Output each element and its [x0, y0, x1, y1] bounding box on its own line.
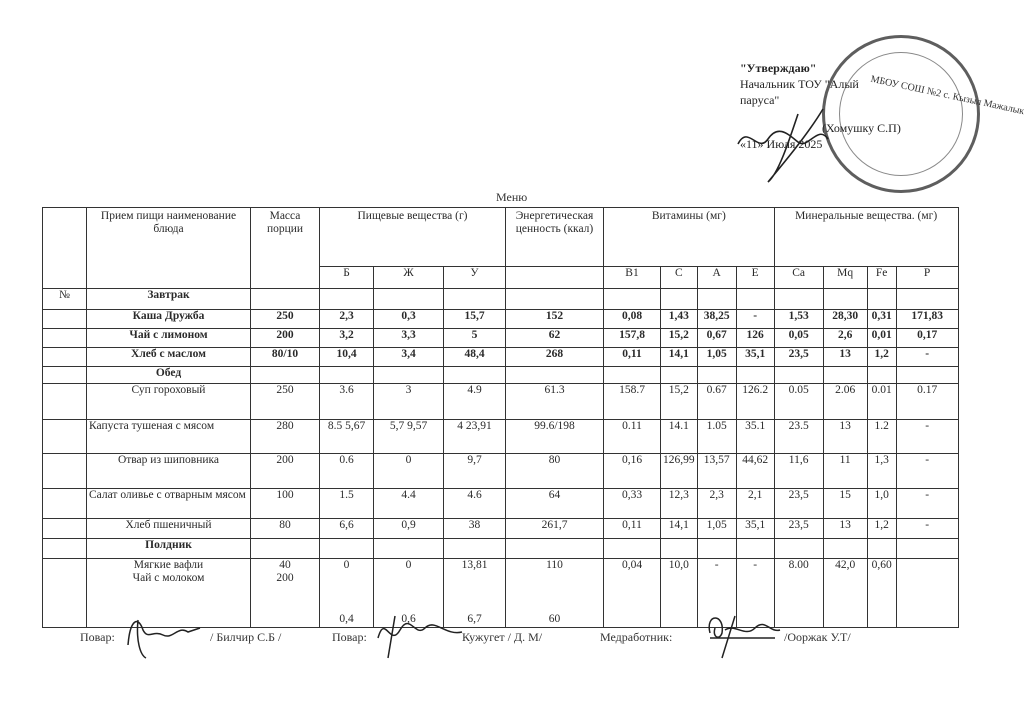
cook1-name: / Билчир С.Б /: [210, 630, 281, 645]
value-cell-p: -: [896, 519, 958, 539]
medic-name: /Ооржак У.Т/: [784, 630, 851, 645]
cell-value: 4.4: [376, 489, 441, 502]
cell-value: 6,6: [322, 519, 371, 532]
empty-cell: [823, 289, 867, 310]
cell-value: 2,3: [322, 310, 371, 323]
cell-value: -: [899, 519, 956, 532]
value-cell-fe: 0,31: [867, 310, 896, 329]
value-cell-ca: 0.05: [774, 384, 823, 420]
dish-name: Хлеб с маслом: [87, 348, 251, 367]
value-cell-c: 12,3: [661, 489, 698, 519]
dish-name: Каша Дружба: [87, 310, 251, 329]
subheader-fe: Fe: [867, 267, 896, 289]
table-row: Отвар из шиповника2000.609,7800,16126,99…: [43, 454, 959, 489]
empty-cell: [374, 367, 444, 384]
value-cell-p: -: [896, 420, 958, 454]
cell-value: 0.11: [606, 420, 658, 433]
cell-value: 35,1: [739, 348, 772, 361]
cell-value: 0,9: [376, 519, 441, 532]
cell-value: 15,2: [663, 384, 695, 397]
dish-name: Хлеб пшеничный: [87, 519, 251, 539]
empty-cell: [320, 539, 374, 559]
value-cell-b1: 0.11: [604, 420, 661, 454]
value-cell-mq: 42,0: [823, 559, 867, 628]
cell-value: 171,83: [899, 310, 956, 323]
value-cell-a: 0.67: [697, 384, 736, 420]
cell-value: -: [700, 559, 734, 572]
dish-name-text: Чай с лимоном: [89, 329, 248, 342]
value-cell-b: 2,3: [320, 310, 374, 329]
cell-value: 152: [508, 310, 601, 323]
mass-value: 250: [253, 310, 317, 323]
cell-value: 1.05: [700, 420, 734, 433]
empty-cell: [251, 289, 320, 310]
header-minerals: Минеральные вещества. (мг): [774, 208, 958, 267]
value-cell-energy: 80: [506, 454, 604, 489]
cell-value: 5,7 9,57: [376, 420, 441, 433]
value-cell-u: 5: [444, 329, 506, 348]
empty-cell: [774, 367, 823, 384]
value-cell-mq: 13: [823, 348, 867, 367]
cell-value: 0,33: [606, 489, 658, 502]
value-cell-e: -: [736, 310, 774, 329]
cell-value: 23,5: [777, 348, 821, 361]
empty-cell: [444, 289, 506, 310]
cell-value: 13,81: [446, 559, 503, 572]
cell-value: 0,04: [606, 559, 658, 572]
signature-icon: [370, 608, 470, 660]
value-cell-fe: 0,01: [867, 329, 896, 348]
value-cell-zh: 0: [374, 454, 444, 489]
cell-value: -: [899, 454, 956, 467]
cell-value: 1,05: [700, 348, 734, 361]
value-cell-b1: 158.7: [604, 384, 661, 420]
value-cell-u: 9,7: [444, 454, 506, 489]
value-cell-zh: 5,7 9,57: [374, 420, 444, 454]
cell-value: 1.2: [870, 420, 894, 433]
signatures-footer: Повар: / Билчир С.Б / Повар: Кужугет / Д…: [70, 630, 970, 650]
value-cell-mq: 15: [823, 489, 867, 519]
mass-value: 80: [253, 519, 317, 532]
cell-value: 4.9: [446, 384, 503, 397]
value-cell-fe: 1,2: [867, 519, 896, 539]
dish-name-text: Чай с молоком: [89, 572, 248, 585]
value-cell-fe: 0.01: [867, 384, 896, 420]
value-cell-fe: 0,60: [867, 559, 896, 628]
cell-value: -: [739, 559, 772, 572]
empty-cell: [661, 367, 698, 384]
value-cell-b: 1.5: [320, 489, 374, 519]
value-cell-energy: 99.6/198: [506, 420, 604, 454]
table-row: Суп гороховый2503.634.961.3158.715,20.67…: [43, 384, 959, 420]
cell-value: 1,53: [777, 310, 821, 323]
cell-value: 158.7: [606, 384, 658, 397]
cell-value: 64: [508, 489, 601, 502]
signature-icon: [118, 610, 208, 660]
value-cell-p: 0,17: [896, 329, 958, 348]
cook2-name: Кужугет / Д. М/: [462, 630, 542, 645]
cell-value: 2,3: [700, 489, 734, 502]
header-nutrients: Пищевые вещества (г): [320, 208, 506, 267]
empty-cell: [823, 367, 867, 384]
cell-value: 13: [826, 420, 865, 433]
empty-cell: [320, 289, 374, 310]
value-cell-energy: 261,7: [506, 519, 604, 539]
empty-cell: [604, 289, 661, 310]
cell-value: 11,6: [777, 454, 821, 467]
subheader-u: У: [444, 267, 506, 289]
value-cell-p: -: [896, 489, 958, 519]
cell-value: 126.2: [739, 384, 772, 397]
cell-value: 44,62: [739, 454, 772, 467]
header-vitamins: Витамины (мг): [604, 208, 775, 267]
cell-value: 14,1: [663, 348, 695, 361]
value-cell-b: 10,4: [320, 348, 374, 367]
mass-value: 100: [253, 489, 317, 502]
cell-value: 10,0: [663, 559, 695, 572]
cell-value: 12,3: [663, 489, 695, 502]
dish-name-text: Каша Дружба: [89, 310, 248, 323]
cell-value: 4 23,91: [446, 420, 503, 433]
cell-value: 15: [826, 489, 865, 502]
cell-value: 0.01: [870, 384, 894, 397]
value-cell-b1: 0,33: [604, 489, 661, 519]
value-cell-fe: 1,0: [867, 489, 896, 519]
num-cell: [43, 559, 87, 628]
table-row: Хлеб с маслом80/1010,43,448,42680,1114,1…: [43, 348, 959, 367]
empty-cell: [867, 367, 896, 384]
mass-cell: 200: [251, 329, 320, 348]
header-energy: Энергетическая ценность (ккал): [506, 208, 604, 267]
cell-value: 1,05: [700, 519, 734, 532]
value-cell-mq: 13: [823, 519, 867, 539]
value-cell-u: 4.6: [444, 489, 506, 519]
dish-name: Суп гороховый: [87, 384, 251, 420]
value-cell-e: 35,1: [736, 348, 774, 367]
subheader-a: A: [697, 267, 736, 289]
cell-value: 42,0: [826, 559, 865, 572]
cell-value: 0,11: [606, 519, 658, 532]
table-row: Чай с лимоном2003,23,3562157,815,20,6712…: [43, 329, 959, 348]
num-cell: [43, 367, 87, 384]
subheader-b: Б: [320, 267, 374, 289]
cell-value: 1,2: [870, 348, 894, 361]
value-cell-e: 35.1: [736, 420, 774, 454]
empty-cell: [896, 289, 958, 310]
num-cell: [43, 329, 87, 348]
cell-value: 99.6/198: [508, 420, 601, 433]
cell-value: 1,43: [663, 310, 695, 323]
value-cell-e: 35,1: [736, 519, 774, 539]
cell-value: 11: [826, 454, 865, 467]
value-cell-c: 15,2: [661, 329, 698, 348]
value-cell-fe: 1.2: [867, 420, 896, 454]
section-title: Полдник: [87, 539, 251, 559]
value-cell-zh: 3,4: [374, 348, 444, 367]
value-cell-u: 48,4: [444, 348, 506, 367]
dish-name: Капуста тушеная с мясом: [87, 420, 251, 454]
mass-cell: 200: [251, 454, 320, 489]
num-cell: [43, 310, 87, 329]
value-cell-e: 126: [736, 329, 774, 348]
value-cell-b1: 0,11: [604, 519, 661, 539]
cell-value: 0.05: [777, 384, 821, 397]
empty-cell: [444, 367, 506, 384]
cell-value: 48,4: [446, 348, 503, 361]
cell-value: 35,1: [739, 519, 772, 532]
value-cell-c: 10,0: [661, 559, 698, 628]
value-cell-c: 126,99: [661, 454, 698, 489]
medic-label: Медработник:: [600, 630, 672, 645]
value-cell-ca: 23,5: [774, 519, 823, 539]
cell-value: 13: [826, 348, 865, 361]
subheader-p: P: [896, 267, 958, 289]
table-row: Каша Дружба2502,30,315,71520,081,4338,25…: [43, 310, 959, 329]
value-cell-energy: 152: [506, 310, 604, 329]
empty-cell: [774, 539, 823, 559]
cell-value: 0: [376, 559, 441, 572]
cell-value: 157,8: [606, 329, 658, 342]
value-cell-p: 171,83: [896, 310, 958, 329]
value-cell-energy: 62: [506, 329, 604, 348]
value-cell-p: 0.17: [896, 384, 958, 420]
mass-value: 200: [253, 329, 317, 342]
subheader-e: E: [736, 267, 774, 289]
cell-value: 23,5: [777, 519, 821, 532]
cell-value: 38,25: [700, 310, 734, 323]
value-cell-c: 15,2: [661, 384, 698, 420]
value-cell-ca: 23,5: [774, 489, 823, 519]
mass-cell: 100: [251, 489, 320, 519]
value-cell-ca: 0,05: [774, 329, 823, 348]
subheader-energy: [506, 267, 604, 289]
value-cell-a: 1,05: [697, 348, 736, 367]
cell-value: 8.5 5,67: [322, 420, 371, 433]
dish-name: Отвар из шиповника: [87, 454, 251, 489]
num-cell: [43, 420, 87, 454]
dish-name-text: Хлеб пшеничный: [89, 519, 248, 532]
value-cell-zh: 4.4: [374, 489, 444, 519]
cell-value: 3.6: [322, 384, 371, 397]
empty-cell: [896, 539, 958, 559]
value-cell-mq: 2,6: [823, 329, 867, 348]
empty-cell: [661, 289, 698, 310]
value-cell-c: 14.1: [661, 420, 698, 454]
cell-value: 80: [508, 454, 601, 467]
value-cell-u: 4.9: [444, 384, 506, 420]
signature-icon: [728, 104, 848, 184]
empty-cell: [604, 539, 661, 559]
empty-cell: [867, 539, 896, 559]
cell-value: 61.3: [508, 384, 601, 397]
empty-cell: [896, 367, 958, 384]
cell-value: 0,01: [870, 329, 894, 342]
value-cell-a: 38,25: [697, 310, 736, 329]
value-cell-c: 1,43: [661, 310, 698, 329]
empty-cell: [823, 539, 867, 559]
value-cell-b: 3,2: [320, 329, 374, 348]
dish-name: Салат оливье с отварным мясом: [87, 489, 251, 519]
dish-name-text: Мягкие вафли: [89, 559, 248, 572]
cell-value: 14,1: [663, 519, 695, 532]
cell-value: 38: [446, 519, 503, 532]
value-cell-b: 3.6: [320, 384, 374, 420]
cell-value: 0,05: [777, 329, 821, 342]
empty-cell: [697, 367, 736, 384]
value-cell-energy: 268: [506, 348, 604, 367]
value-cell-mq: 28,30: [823, 310, 867, 329]
cell-value: 13,57: [700, 454, 734, 467]
cell-value: 15,2: [663, 329, 695, 342]
num-cell: [43, 489, 87, 519]
num-cell: [43, 539, 87, 559]
dish-name-text: Отвар из шиповника: [89, 454, 248, 467]
cell-value: 1,0: [870, 489, 894, 502]
section-title: Обед: [87, 367, 251, 384]
cell-value: 1,3: [870, 454, 894, 467]
signature-icon: [700, 608, 790, 660]
cell-value: 0,31: [870, 310, 894, 323]
cell-value: 35.1: [739, 420, 772, 433]
cell-value: 261,7: [508, 519, 601, 532]
value-cell-b1: 0,11: [604, 348, 661, 367]
cell-value: 1,2: [870, 519, 894, 532]
section-row: Полдник: [43, 539, 959, 559]
num-cell: [43, 384, 87, 420]
value-cell-e: 126.2: [736, 384, 774, 420]
dish-name-text: Хлеб с маслом: [89, 348, 248, 361]
value-cell-zh: 0,3: [374, 310, 444, 329]
empty-cell: [444, 539, 506, 559]
subheader-ca: Ca: [774, 267, 823, 289]
value-cell-b: 0.6: [320, 454, 374, 489]
empty-cell: [374, 539, 444, 559]
section-row: Обед: [43, 367, 959, 384]
mass-value: 40: [253, 559, 317, 572]
value-cell-p: [896, 559, 958, 628]
value-cell-b: 00,4: [320, 559, 374, 628]
mass-cell: 280: [251, 420, 320, 454]
value-cell-c: 14,1: [661, 348, 698, 367]
dish-name-text: Суп гороховый: [89, 384, 248, 397]
mass-cell: 80: [251, 519, 320, 539]
cell-value-secondary: 60: [506, 613, 603, 626]
cell-value: 0,08: [606, 310, 658, 323]
empty-cell: [374, 289, 444, 310]
cell-value: 1.5: [322, 489, 371, 502]
header-name: Прием пищи наименование блюда: [87, 208, 251, 289]
empty-cell: [251, 367, 320, 384]
cell-value: 0.17: [899, 384, 956, 397]
cell-value: 0,16: [606, 454, 658, 467]
cell-value: -: [899, 348, 956, 361]
cell-value: 268: [508, 348, 601, 361]
mass-cell: 250: [251, 384, 320, 420]
value-cell-a: 2,3: [697, 489, 736, 519]
num-cell: [43, 519, 87, 539]
header-mass: Масса порции: [251, 208, 320, 289]
value-cell-u: 15,7: [444, 310, 506, 329]
value-cell-mq: 13: [823, 420, 867, 454]
empty-cell: [867, 289, 896, 310]
value-cell-u: 4 23,91: [444, 420, 506, 454]
empty-cell: [774, 289, 823, 310]
dish-name-text: Салат оливье с отварным мясом: [89, 489, 248, 502]
table-row: Хлеб пшеничный806,60,938261,70,1114,11,0…: [43, 519, 959, 539]
cell-value: 0,17: [899, 329, 956, 342]
num-cell: [43, 454, 87, 489]
mass-value: 200: [253, 572, 317, 585]
empty-cell: [697, 539, 736, 559]
empty-cell: [736, 539, 774, 559]
empty-cell: [697, 289, 736, 310]
mass-value: 200: [253, 454, 317, 467]
value-cell-mq: 11: [823, 454, 867, 489]
cell-value: 2.06: [826, 384, 865, 397]
value-cell-a: 1.05: [697, 420, 736, 454]
num-cell: №: [43, 289, 87, 310]
cook2-label: Повар:: [332, 630, 367, 645]
value-cell-b: 6,6: [320, 519, 374, 539]
mass-value: 280: [253, 420, 317, 433]
value-cell-u: 38: [444, 519, 506, 539]
value-cell-p: -: [896, 348, 958, 367]
dish-name-text: Капуста тушеная с мясом: [89, 420, 248, 433]
menu-table: Прием пищи наименование блюда Масса порц…: [42, 207, 959, 628]
value-cell-zh: 0,9: [374, 519, 444, 539]
section-row: №Завтрак: [43, 289, 959, 310]
cell-value: 23,5: [777, 489, 821, 502]
table-body: №ЗавтракКаша Дружба2502,30,315,71520,081…: [43, 289, 959, 628]
value-cell-b1: 0,08: [604, 310, 661, 329]
cook1-label: Повар:: [80, 630, 115, 645]
subheader-zh: Ж: [374, 267, 444, 289]
cell-value: 13: [826, 519, 865, 532]
empty-cell: [506, 367, 604, 384]
cell-value: 14.1: [663, 420, 695, 433]
empty-cell: [661, 539, 698, 559]
empty-cell: [506, 289, 604, 310]
cell-value: 110: [508, 559, 601, 572]
value-cell-a: 13,57: [697, 454, 736, 489]
value-cell-ca: 23,5: [774, 348, 823, 367]
cell-value: 0: [322, 559, 371, 572]
empty-cell: [604, 367, 661, 384]
value-cell-energy: 11060: [506, 559, 604, 628]
value-cell-zh: 3: [374, 384, 444, 420]
cell-value: 0,60: [870, 559, 894, 572]
empty-cell: [736, 289, 774, 310]
value-cell-e: 2,1: [736, 489, 774, 519]
cell-value: 4.6: [446, 489, 503, 502]
value-cell-a: 0,67: [697, 329, 736, 348]
mass-cell: 250: [251, 310, 320, 329]
cell-value: 3: [376, 384, 441, 397]
cell-value: 3,2: [322, 329, 371, 342]
cell-value: 9,7: [446, 454, 503, 467]
value-cell-b1: 157,8: [604, 329, 661, 348]
subheader-c: C: [661, 267, 698, 289]
mass-value: 80/10: [253, 348, 317, 361]
cell-value: 126,99: [663, 454, 695, 467]
cell-value: 15,7: [446, 310, 503, 323]
cell-value: 3,3: [376, 329, 441, 342]
empty-cell: [736, 367, 774, 384]
cell-value: -: [899, 489, 956, 502]
value-cell-ca: 23.5: [774, 420, 823, 454]
subheader-b1: B1: [604, 267, 661, 289]
value-cell-p: -: [896, 454, 958, 489]
